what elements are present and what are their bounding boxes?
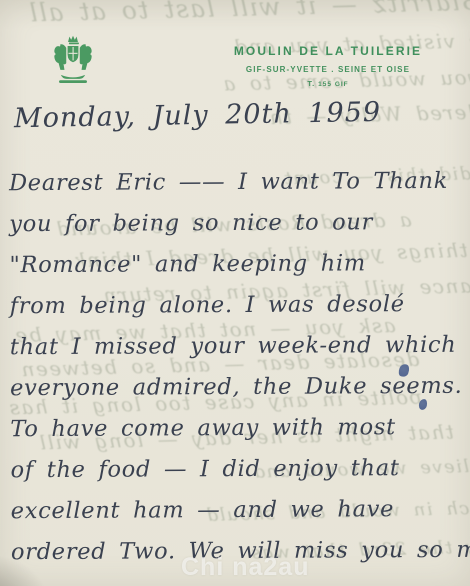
letterhead-name: MOULIN DE LA TUILERIE xyxy=(224,44,432,58)
letterhead-phone: T.155 GIF xyxy=(224,79,432,88)
letter-line: from being alone. I was desolé xyxy=(10,284,466,327)
royal-coat-of-arms-icon xyxy=(46,28,100,92)
letter-date: Monday, July 20th 1959 xyxy=(14,97,382,134)
letterhead-address: GIF-SUR-YVETTE . SEINE ET OISE xyxy=(224,65,432,74)
letterhead: MOULIN DE LA TUILERIE GIF-SUR-YVETTE . S… xyxy=(224,44,432,88)
letter-line: that I missed your week-end which xyxy=(10,325,466,368)
letter-line: To have come away with most xyxy=(10,407,466,450)
letter-line: "Romance" and keeping him xyxy=(9,243,465,286)
letter-line: of the food — I did enjoy that xyxy=(10,448,466,491)
letter-body: Dearest Eric —— I want To Thank you for … xyxy=(9,161,467,573)
letter-line: excellent ham — and we have xyxy=(11,489,467,532)
watermark-text: Chi na2au xyxy=(181,553,309,582)
letter-line: Dearest Eric —— I want To Thank xyxy=(9,161,465,204)
telephone-icon: T. xyxy=(307,79,315,88)
bleed-through-line: at Biarritz — it will last to at all xyxy=(28,0,470,27)
letterhead-phone-number: 155 GIF xyxy=(318,81,348,88)
letter-line: you for being so nice to our xyxy=(9,202,465,245)
letter-photograph: at Biarritz — it will last to at all the… xyxy=(0,0,470,586)
